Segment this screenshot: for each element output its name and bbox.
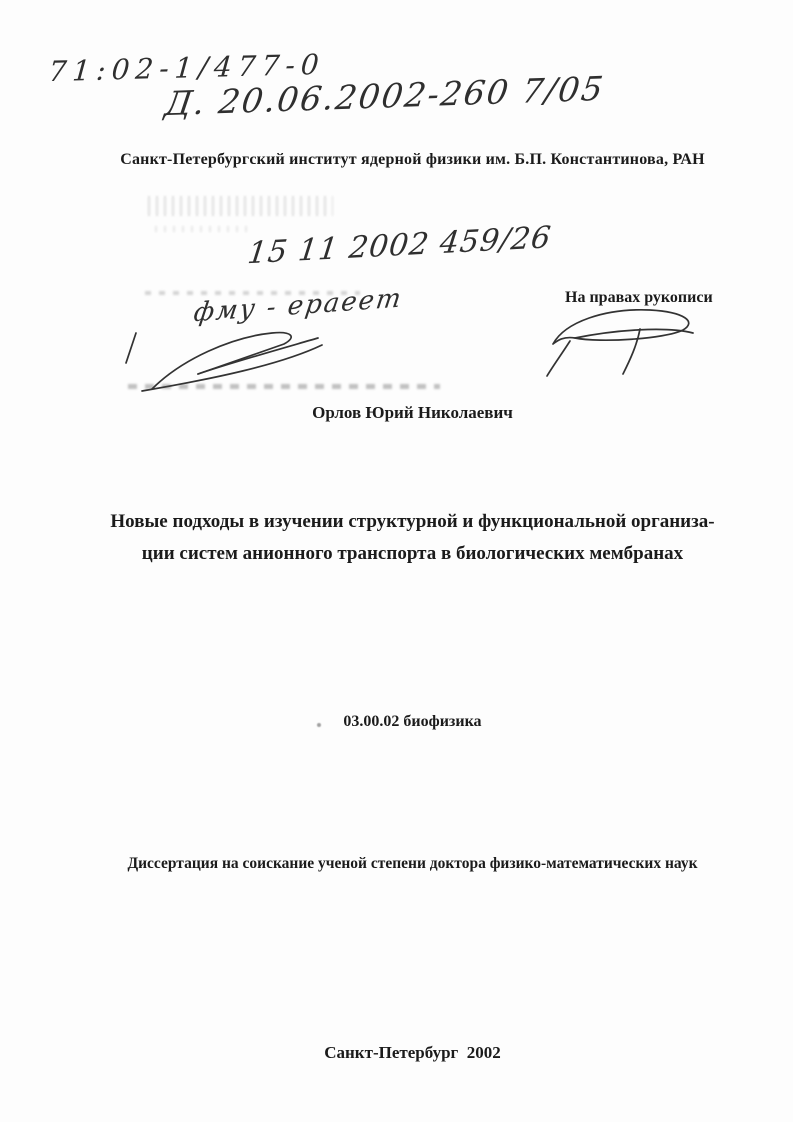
signature-scribble [120,325,360,393]
specialty-code: 03.00.02 биофизика [28,713,793,731]
degree-statement: Диссертация на соискание ученой степени … [28,855,793,873]
author-signature [545,300,705,378]
scan-smudge [128,384,440,389]
dissertation-title: Новые подходы в изучении структурной и ф… [28,506,793,570]
dissertation-title-line1: Новые подходы в изучении структурной и ф… [28,506,793,538]
faded-stamp-artifact [155,226,250,232]
signature-scribble [545,300,705,378]
scanned-title-page: 71:02-1/477-0 Д. 20.06.2002-260 7/05 Сан… [0,0,793,1122]
author-name: Орлов Юрий Николаевич [28,403,793,423]
handwritten-registration-number: 15 11 2002 459/26 [246,220,554,271]
institute-name: Санкт-Петербургский институт ядерной физ… [28,151,793,169]
dissertation-title-line2: ции систем анионного транспорта в биолог… [28,538,793,570]
city-year: Санкт-Петербург 2002 [28,1043,793,1063]
approval-signature [120,325,360,393]
faded-stamp-artifact [148,196,333,216]
